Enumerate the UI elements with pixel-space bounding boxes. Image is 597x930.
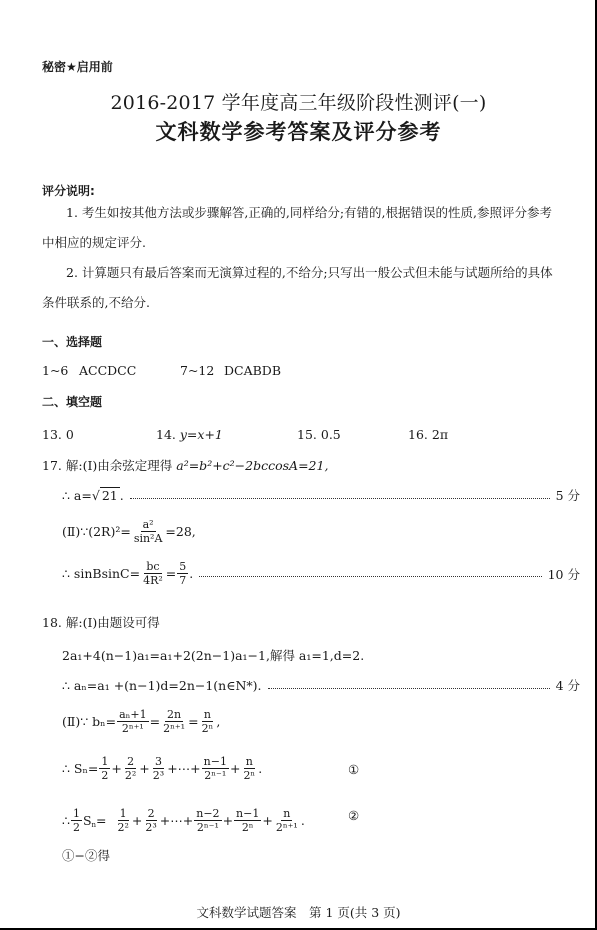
- grading-notes-heading: 评分说明:: [42, 182, 95, 199]
- q17-intro: 17. 解:(Ⅰ)由余弦定理得 a²=b²+c²−2bccosA=21,: [42, 456, 328, 474]
- q18-half-sn: ∴ 12 Sn= 12²+ 22³+⋯+ n−22ⁿ⁻¹+ n−12ⁿ+ n2ⁿ…: [62, 807, 305, 834]
- score-4: 4 分: [556, 676, 580, 694]
- q18-diff: ①−②得: [62, 846, 110, 864]
- document-title: 文科数学参考答案及评分参考: [0, 116, 597, 146]
- q18-eq2: ∴ aₙ=a₁ +(n−1)d=2n−1(n∈N*). 4 分: [62, 676, 580, 694]
- section-multiple-choice-heading: 一、选择题: [42, 333, 102, 350]
- section-fill-in-heading: 二、填空题: [42, 393, 102, 410]
- q17-step2: ∴ sinBsinC= bc4R²= 57. 10 分: [62, 560, 580, 587]
- page-footer: 文科数学试题答案 第 1 页(共 3 页): [0, 903, 597, 921]
- mc-range-1: 1~6: [42, 363, 68, 378]
- leader-dots: [130, 492, 550, 499]
- answer-sheet-page: 秘密★启用前 2016-2017 学年度高三年级阶段性测评(一) 文科数学参考答…: [0, 0, 597, 930]
- fill-answer-13: 13. 0: [42, 427, 74, 442]
- mc-answers-1: ACCDCC: [79, 363, 136, 378]
- grading-note-1: 1. 考生如按其他方法或步骤解答,正确的,同样给分;有错的,根据错误的性质,参照…: [42, 198, 558, 258]
- q18-intro: 18. 解:(Ⅰ)由题设可得: [42, 613, 160, 631]
- fill-answer-16: 16. 2π: [408, 427, 448, 442]
- fill-answer-15: 15. 0.5: [297, 427, 341, 442]
- leader-dots: [268, 682, 550, 689]
- leader-dots: [199, 570, 541, 577]
- q17-step1: ∴ a=√21. 5 分: [62, 486, 580, 504]
- q18-eq1: 2a₁+4(n−1)a₁=a₁+2(2n−1)a₁−1,解得 a₁=1,d=2.: [62, 646, 364, 664]
- grading-note-2: 2. 计算题只有最后答案而无演算过程的,不给分;只写出一般公式但未能与试题所给的…: [42, 258, 558, 318]
- score-10: 10 分: [548, 565, 580, 583]
- fill-answer-14: 14. y=x+1: [156, 427, 223, 442]
- mc-range-2: 7~12: [180, 363, 214, 378]
- score-5: 5 分: [556, 486, 580, 504]
- equation-marker-1: ①: [348, 762, 359, 777]
- q17-part2: (Ⅱ)∵(2R)²= a²sin²A =28,: [62, 518, 196, 545]
- q18-sn: ∴ Sₙ= 12+ 22²+ 32³+⋯+ n−12ⁿ⁻¹+ n2ⁿ.: [62, 755, 262, 782]
- mc-answers-2: DCABDB: [224, 363, 281, 378]
- exam-title: 2016-2017 学年度高三年级阶段性测评(一): [0, 88, 597, 115]
- q18-part2: (Ⅱ)∵ bₙ= aₙ+12ⁿ⁺¹= 2n2ⁿ⁺¹= n2ⁿ,: [62, 708, 220, 735]
- confidential-label: 秘密★启用前: [42, 58, 113, 75]
- equation-marker-2: ②: [348, 808, 359, 823]
